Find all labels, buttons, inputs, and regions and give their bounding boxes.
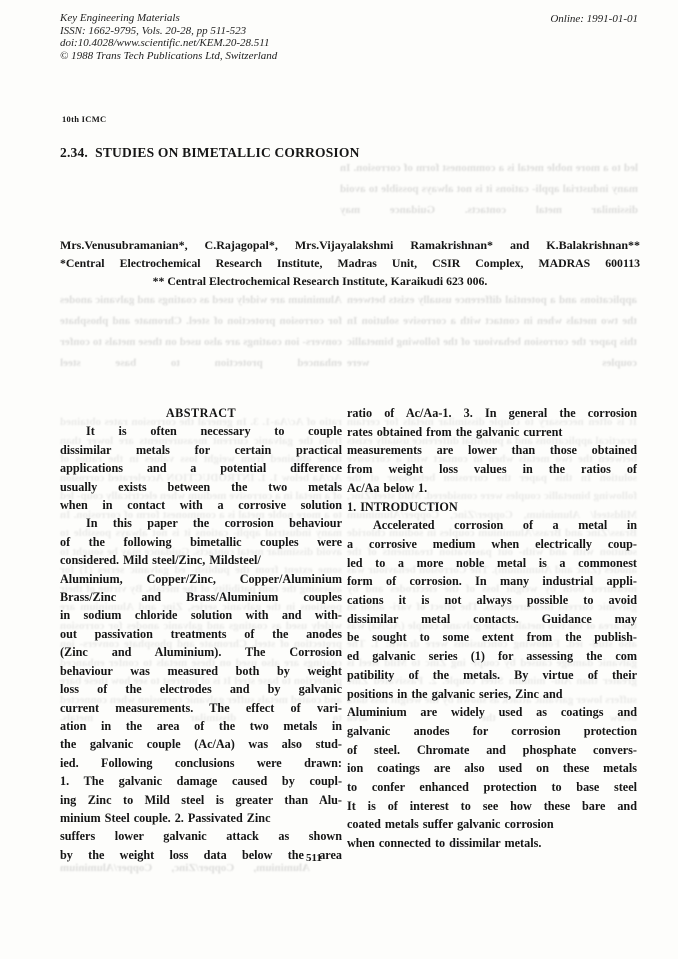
text-line: Aluminium, Copper/Zinc, Copper/Aluminium — [60, 570, 342, 588]
page-number: 511 — [306, 852, 322, 864]
text-line: It is often necessary to couple — [60, 422, 342, 440]
online-date: Online: 1991-01-01 — [550, 13, 638, 25]
text-line: usually exists between the two metals — [60, 478, 342, 496]
text-line: form of corrosion. In many industrial ap… — [347, 572, 637, 591]
text-line: Ac/Aa below 1. — [347, 479, 637, 498]
text-line: the galvanic couple (Ac/Aa) was also stu… — [60, 735, 342, 753]
text-line: ied. Following conclusions were drawn: — [60, 754, 342, 772]
publication-info: Key Engineering Materials ISSN: 1662-979… — [60, 12, 277, 62]
text-line: when connected to dissimilar metals. — [347, 834, 637, 853]
text-line: ion coatings are also used on these meta… — [347, 759, 637, 778]
text-line: suffers lower galvanic attack as shown — [60, 827, 342, 845]
text-line: applications and a potential difference — [60, 459, 342, 477]
text-line: of steel. Chromate and phosphate convers… — [347, 741, 637, 760]
copyright-line: © 1988 Trans Tech Publications Ltd, Swit… — [60, 50, 277, 62]
text-line: (Zinc and Aluminium). The Corrosion — [60, 643, 342, 661]
text-line: dissimilar metals for certain practical — [60, 441, 342, 459]
text-line: out passivation treatments of the anodes — [60, 625, 342, 643]
journal-name: Key Engineering Materials — [60, 12, 180, 24]
text-line: by the weight loss data below the area — [60, 846, 342, 864]
text-line: ratio of Ac/Aa-1. 3. In general the corr… — [347, 404, 637, 423]
abstract-heading: ABSTRACT — [60, 404, 342, 422]
conference-label: 10th ICMC — [62, 114, 107, 124]
text-line: Accelerated corrosion of a metal in — [347, 516, 637, 535]
text-line: cations it is not always possible to avo… — [347, 591, 637, 610]
author-names: Mrs.Venusubramanian*, C.Rajagopal*, Mrs.… — [60, 236, 640, 254]
text-line: considered. Mild steel/Zinc, Mildsteel/ — [60, 551, 342, 569]
scanned-paper-page: led to a more noble metal is a commonest… — [0, 0, 678, 959]
text-line: ing Zinc to Mild steel is greater than A… — [60, 791, 342, 809]
introduction-column: ratio of Ac/Aa-1. 3. In general the corr… — [347, 404, 637, 853]
issn-line: ISSN: 1662-9795, Vols. 20-28, pp 511-523 — [60, 25, 246, 37]
text-line: ed galvanic series (1) for assessing the… — [347, 647, 637, 666]
paper-title: 2.34. STUDIES ON BIMETALLIC CORROSION — [60, 145, 360, 161]
text-line: ation in the area of the two metals in — [60, 717, 342, 735]
abstract-column: ABSTRACTIt is often necessary to coupled… — [60, 404, 342, 864]
text-line: 1. The galvanic damage caused by coupl- — [60, 772, 342, 790]
text-line: In this paper the corrosion behaviour — [60, 514, 342, 532]
text-line: led to a more noble metal is a commonest — [347, 554, 637, 573]
authors-block: Mrs.Venusubramanian*, C.Rajagopal*, Mrs.… — [60, 236, 640, 290]
text-line: behaviour was measured both by weight — [60, 662, 342, 680]
text-line: in sodium chloride solution with and wit… — [60, 606, 342, 624]
text-line: Aluminium are widely used as coatings an… — [347, 703, 637, 722]
text-line: from weight loss values in the ratios of — [347, 460, 637, 479]
text-line: It is of interest to see how these bare … — [347, 797, 637, 816]
bleedthrough-artifact: Aluminium are widely used as coatings an… — [60, 290, 342, 398]
bleedthrough-artifact: led to a more noble metal is a commonest… — [340, 158, 638, 236]
doi-line: doi:10.4028/www.scientific.net/KEM.20-28… — [60, 37, 270, 49]
text-line: rates obtained from the galvanic current — [347, 423, 637, 442]
text-line: minium Steel couple. 2. Passivated Zinc — [60, 809, 342, 827]
text-line: loss of the electrodes and by galvanic — [60, 680, 342, 698]
text-line: of the following bimetallic couples were — [60, 533, 342, 551]
introduction-heading: 1. INTRODUCTION — [347, 498, 637, 517]
affiliation-madras: *Central Electrochemical Research Instit… — [60, 254, 640, 272]
affiliation-karaikudi: ** Central Electrochemical Research Inst… — [60, 272, 640, 290]
text-line: patibility of the metals. By virtue of t… — [347, 666, 637, 685]
text-line: to confer enhanced protection to base st… — [347, 778, 637, 797]
text-line: a corrosive medium when electrically cou… — [347, 535, 637, 554]
text-line: when in contact with a corrosive solutio… — [60, 496, 342, 514]
text-line: Brass/Zinc and Brass/Aluminium couples — [60, 588, 342, 606]
text-line: be sought to some extent from the publis… — [347, 628, 637, 647]
text-line: galvanic anodes for corrosion protection — [347, 722, 637, 741]
text-line: positions in the galvanic series, Zinc a… — [347, 685, 637, 704]
text-line: dissimilar metal contacts. Guidance may — [347, 610, 637, 629]
text-line: current measurements. The effect of vari… — [60, 699, 342, 717]
text-line: measurements are lower than those obtain… — [347, 441, 637, 460]
bleedthrough-artifact: applications and a potential difference … — [347, 290, 637, 398]
text-line: coated metals suffer galvanic corrosion — [347, 815, 637, 834]
